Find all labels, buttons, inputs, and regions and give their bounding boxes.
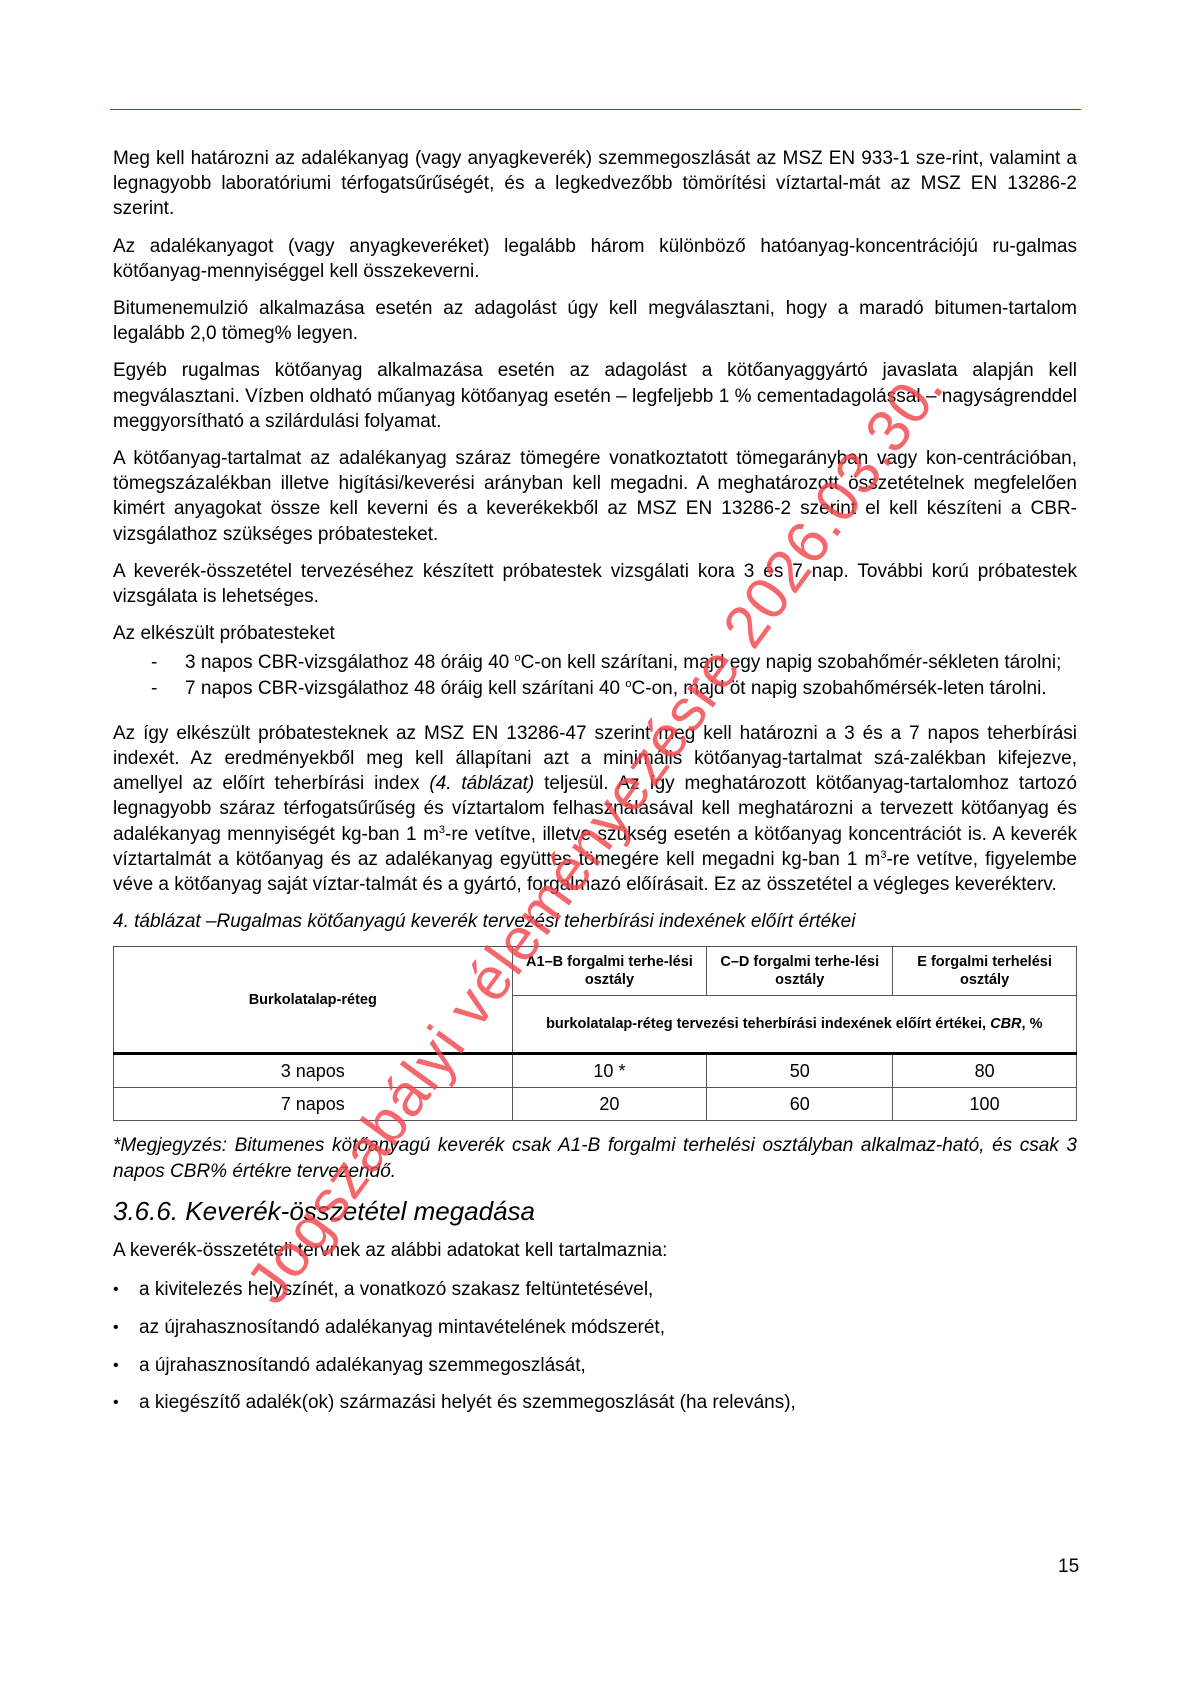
column-header: C–D forgalmi terhe-­lési osztály	[707, 947, 893, 996]
page-body: Meg kell határozni az adalékanyag (vagy …	[113, 146, 1077, 1428]
table-header-row: Burkolatalap-réteg A1–B forgalmi terhe-­…	[114, 947, 1077, 996]
table-cell: 10 *	[512, 1054, 707, 1088]
row-label: 3 napos	[114, 1054, 513, 1088]
list-item: •a kivitelezés helyszínét, a vonatkozó s…	[113, 1277, 1077, 1302]
paragraph-bitumen-emulsion: Bitumenemulzió alkalmazása esetén az ada…	[113, 296, 1077, 346]
row-header-label: Burkolatalap-réteg	[114, 947, 513, 1054]
table-cell: 60	[707, 1088, 893, 1121]
table-caption: 4. táblázat –Rugalmas kötőanyagú keverék…	[113, 909, 1077, 934]
list-item: •a újrahasznosítandó adalékanyag szemmeg…	[113, 1353, 1077, 1378]
cbr-requirements-table: Burkolatalap-réteg A1–B forgalmi terhe-­…	[113, 946, 1077, 1121]
table-reference: (4. táblázat)	[429, 773, 534, 794]
paragraph-specimens-intro: Az elkészült próbatesteket	[113, 621, 1077, 646]
table-row: 3 napos 10 * 50 80	[114, 1054, 1077, 1088]
bullet-icon: •	[113, 1353, 119, 1378]
paragraph-other-binder: Egyéb rugalmas kötőanyag alkalmazása ese…	[113, 358, 1077, 434]
bullet-icon: •	[113, 1277, 119, 1302]
table-cell: 20	[512, 1088, 707, 1121]
table-row: 7 napos 20 60 100	[114, 1088, 1077, 1121]
section-intro: A keverék-összetételi tervnek az alábbi …	[113, 1238, 1077, 1263]
paragraph-gradation: Meg kell határozni az adalékanyag (vagy …	[113, 146, 1077, 222]
column-subheader: burkolatalap-réteg tervezési teherbírási…	[512, 996, 1076, 1054]
list-item: - 7 napos CBR-vizsgálathoz 48 óráig kell…	[113, 676, 1077, 701]
column-header: A1–B forgalmi terhe-­lési osztály	[512, 947, 707, 996]
section-heading: 3.6.6. Keverék-összetétel megadása	[113, 1196, 1077, 1226]
requirements-bullet-list: •a kivitelezés helyszínét, a vonatkozó s…	[113, 1277, 1077, 1416]
list-item: •a kiegészítő adalék(ok) származási hely…	[113, 1390, 1077, 1415]
table-cell: 80	[893, 1054, 1077, 1088]
paragraph-binder-content: A kötőanyag-tartalmat az adalékanyag szá…	[113, 446, 1077, 547]
table-cell: 100	[893, 1088, 1077, 1121]
bullet-icon: •	[113, 1315, 119, 1340]
table-footnote: *Megjegyzés: Bitumenes kötőanyagú keveré…	[113, 1133, 1077, 1183]
page-number: 15	[1058, 1556, 1079, 1578]
dash-marker: -	[151, 650, 157, 675]
column-header: E forgalmi terhelési osztály	[893, 947, 1077, 996]
paragraph-bearing-index: Az így elkészült próbatesteknek az MSZ E…	[113, 721, 1077, 897]
paragraph-test-age: A keverék-összetétel tervezéséhez készít…	[113, 559, 1077, 609]
row-label: 7 napos	[114, 1088, 513, 1121]
table-cell: 50	[707, 1054, 893, 1088]
bullet-icon: •	[113, 1390, 119, 1415]
list-item: •az újrahasznosítandó adalékanyag mintav…	[113, 1315, 1077, 1340]
list-item: - 3 napos CBR-vizsgálathoz 48 óráig 40 o…	[113, 650, 1077, 675]
header-rule	[110, 109, 1081, 110]
paragraph-mixing: Az adalékanyagot (vagy anyagkeveréket) l…	[113, 234, 1077, 284]
curing-list: - 3 napos CBR-vizsgálathoz 48 óráig 40 o…	[113, 650, 1077, 700]
dash-marker: -	[151, 676, 157, 701]
